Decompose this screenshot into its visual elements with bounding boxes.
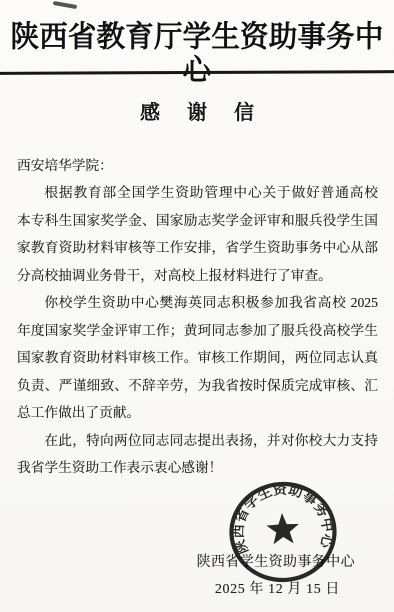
body-line: 负责、严谨细致、不辞辛劳，为我省按时保质完成审核、汇 [17, 372, 378, 399]
body-line: 在此，特向两位同志同志提出表扬，并对你校大力支持 [17, 427, 378, 454]
body-line: 分高校抽调业务骨干，对高校上报材料进行了审查。 [17, 262, 378, 289]
body-line: 年度国家奖学金评审工作；黄珂同志参加了服兵役高校学生 [17, 317, 378, 344]
body-line: 本专科生国家奖学金、国家励志奖学金评审和服兵役学生国 [17, 207, 378, 234]
letter-title: 感谢信 [0, 96, 394, 125]
body-line: 家教育资助材料审核等工作安排，省学生资助事务中心从部 [17, 234, 378, 261]
letter-body: 西安培华学院： 根据教育部全国学生资助管理中心关于做好普通高校 本专科生国家奖学… [17, 152, 378, 481]
star-icon [266, 512, 300, 544]
body-line: 我省学生资助工作表示衷心感谢！ [17, 454, 378, 481]
body-line: 根据教育部全国学生资助管理中心关于做好普通高校 [17, 179, 378, 206]
letterhead-title: 陕西省教育厅学生资助事务中心 [0, 22, 394, 89]
body-line: 你校学生资助中心樊海英同志积极参加我省高校 2025 [17, 289, 378, 316]
salutation: 西安培华学院： [17, 152, 378, 179]
body-line: 国家教育资助材料审核工作。审核工作期间，两位同志认真 [17, 344, 378, 371]
scan-artifact-mark [53, 1, 77, 9]
official-seal: 陕西省学生资助事务中心 [226, 479, 339, 586]
body-line: 总工作做出了贡献。 [17, 399, 378, 426]
letter-page: 陕西省教育厅学生资助事务中心 感谢信 西安培华学院： 根据教育部全国学生资助管理… [0, 0, 394, 612]
